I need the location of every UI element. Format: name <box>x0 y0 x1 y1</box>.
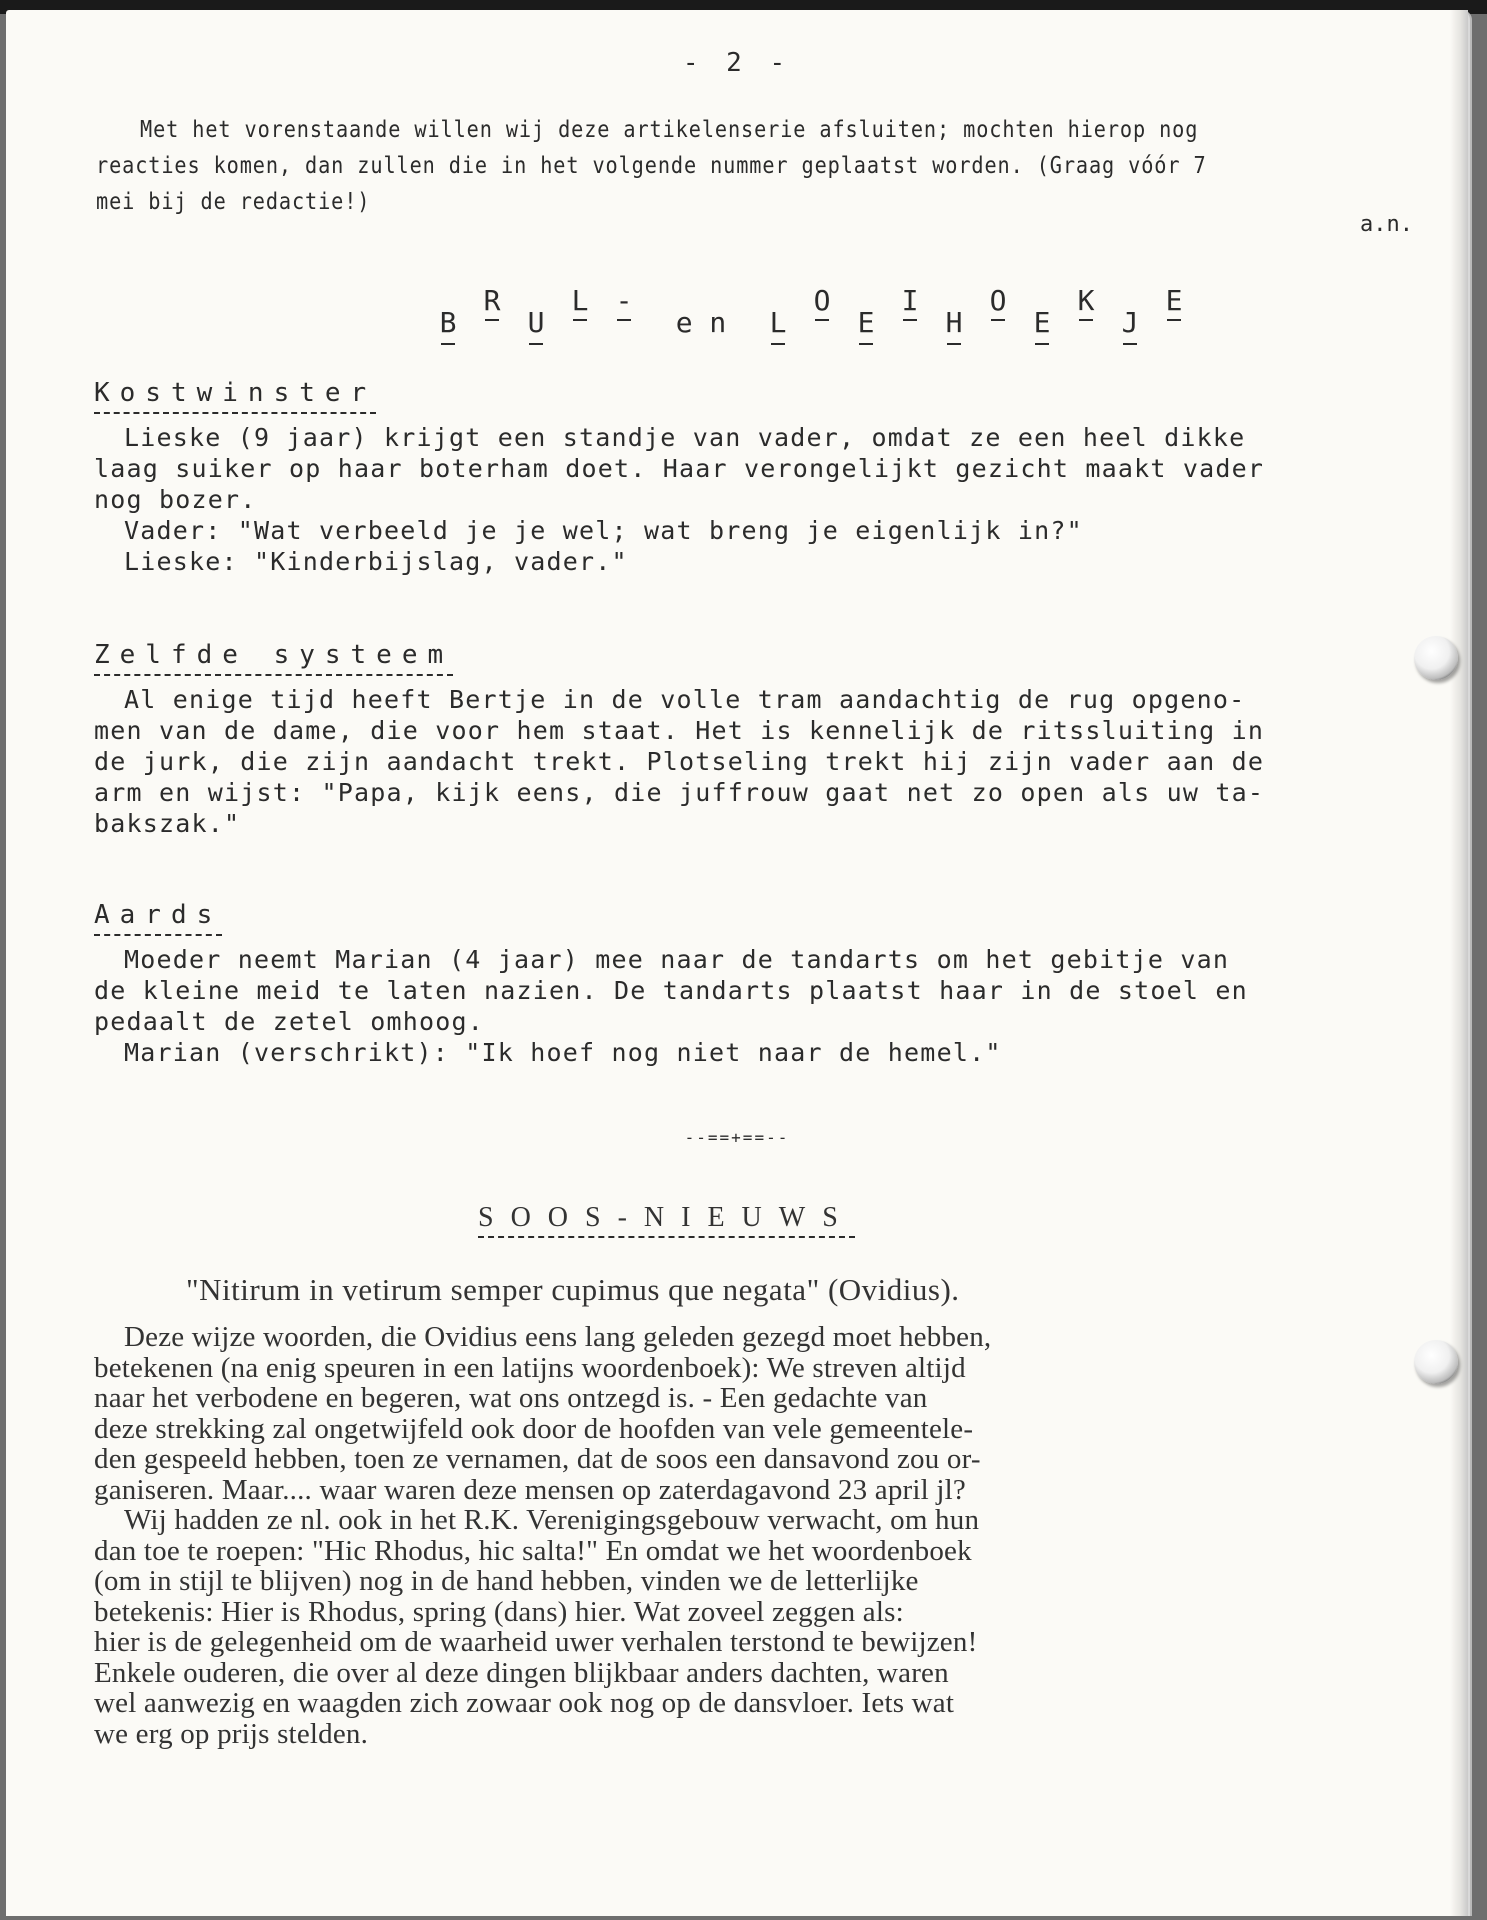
text-line: Moeder neemt Marian (4 jaar) mee naar de… <box>94 944 1434 975</box>
soos-nieuws-title: SOOS-NIEUWS <box>478 1202 855 1238</box>
intro-line: mei bij de redactie!) <box>96 184 1280 220</box>
text-line: deze strekking zal ongetwijfeld ook door… <box>94 1414 1464 1445</box>
text-line: wel aanwezig en waagden zich zowaar ook … <box>94 1688 1464 1719</box>
intro-paragraph: Met het vorenstaande willen wij deze art… <box>96 112 1280 220</box>
text-line: dan toe te roepen: "Hic Rhodus, hic salt… <box>94 1536 1464 1567</box>
joke-body: Lieske (9 jaar) krijgt een standje van v… <box>94 422 1434 577</box>
title-letter: B <box>426 306 470 366</box>
intro-line: reacties komen, dan zullen die in het vo… <box>96 148 1280 184</box>
document-page: - 2 - Met het vorenstaande willen wij de… <box>6 10 1468 1916</box>
title-word: e n <box>646 306 756 366</box>
joke-title: Aards <box>94 900 222 936</box>
text-line: bakszak." <box>94 808 1434 839</box>
joke-kostwinster: Kostwinster Lieske (9 jaar) krijgt een s… <box>94 378 1434 577</box>
text-line: hier is de gelegenheid om de waarheid uw… <box>94 1627 1464 1658</box>
text-line: Vader: "Wat verbeeld je je wel; wat bren… <box>94 515 1434 546</box>
title-letter: L <box>756 306 800 366</box>
text-line: betekenis: Hier is Rhodus, spring (dans)… <box>94 1597 1464 1628</box>
joke-title: Zelfde systeem <box>94 640 453 676</box>
title-letter: O <box>976 284 1020 344</box>
title-letter: E <box>1152 284 1196 344</box>
text-line: arm en wijst: "Papa, kijk eens, die juff… <box>94 777 1434 808</box>
text-line: Al enige tijd heeft Bertje in de volle t… <box>94 684 1434 715</box>
joke-zelfde-systeem: Zelfde systeem Al enige tijd heeft Bertj… <box>94 640 1434 839</box>
text-line: Lieske (9 jaar) krijgt een standje van v… <box>94 422 1434 453</box>
text-line: de kleine meid te laten nazien. De tanda… <box>94 975 1434 1006</box>
title-letter: E <box>844 306 888 366</box>
text-line: Enkele ouderen, die over al deze dingen … <box>94 1658 1464 1689</box>
title-letter: K <box>1064 284 1108 344</box>
page-number: - 2 - <box>6 48 1468 78</box>
text-line: nog bozer. <box>94 484 1434 515</box>
title-letter: E <box>1020 306 1064 366</box>
punch-hole-icon <box>1414 636 1458 680</box>
title-letter: I <box>888 284 932 344</box>
text-line: we erg op prijs stelden. <box>94 1719 1464 1750</box>
text-line: Marian (verschrikt): "Ik hoef nog niet n… <box>94 1037 1434 1068</box>
intro-line: Met het vorenstaande willen wij deze art… <box>96 112 1280 148</box>
joke-body: Moeder neemt Marian (4 jaar) mee naar de… <box>94 944 1434 1068</box>
punch-hole-icon <box>1414 1340 1458 1384</box>
text-line: men van de dame, die voor hem staat. Het… <box>94 715 1434 746</box>
joke-title: Kostwinster <box>94 378 376 414</box>
title-letter: U <box>514 306 558 366</box>
title-letter: O <box>800 284 844 344</box>
ovidius-quote: "Nitirum in vetirum semper cupimus que n… <box>186 1272 960 1308</box>
text-line: pedaalt de zetel omhoog. <box>94 1006 1434 1037</box>
text-line: den gespeeld hebben, toen ze vernamen, d… <box>94 1444 1464 1475</box>
text-line: (om in stijl te blijven) nog in de hand … <box>94 1566 1464 1597</box>
author-signature: a.n. <box>1360 212 1413 237</box>
title-letter: - <box>602 284 646 344</box>
text-line: Lieske: "Kinderbijslag, vader." <box>94 546 1434 577</box>
text-line: laag suiker op haar boterham doet. Haar … <box>94 453 1434 484</box>
text-line: Wij hadden ze nl. ook in het R.K. Vereni… <box>94 1505 1464 1536</box>
text-line: ganiseren. Maar.... waar waren deze mens… <box>94 1475 1464 1506</box>
text-line: de jurk, die zijn aandacht trekt. Plotse… <box>94 746 1434 777</box>
section-divider: --==+==-- <box>6 1128 1468 1147</box>
text-line: naar het verbodene en begeren, wat ons o… <box>94 1383 1464 1414</box>
joke-body: Al enige tijd heeft Bertje in de volle t… <box>94 684 1434 839</box>
text-line: Deze wijze woorden, die Ovidius eens lan… <box>94 1322 1464 1353</box>
title-letter: L <box>558 284 602 344</box>
title-letter: R <box>470 284 514 344</box>
soos-nieuws-article: Deze wijze woorden, die Ovidius eens lan… <box>94 1322 1464 1749</box>
title-letter: H <box>932 306 976 366</box>
text-line: betekenen (na enig speuren in een latijn… <box>94 1353 1464 1384</box>
section-title-brul-en-loeihoekje: BRUL-e nLOEIHOEKJE <box>426 288 1196 348</box>
title-letter: J <box>1108 306 1152 366</box>
joke-aards: Aards Moeder neemt Marian (4 jaar) mee n… <box>94 900 1434 1068</box>
